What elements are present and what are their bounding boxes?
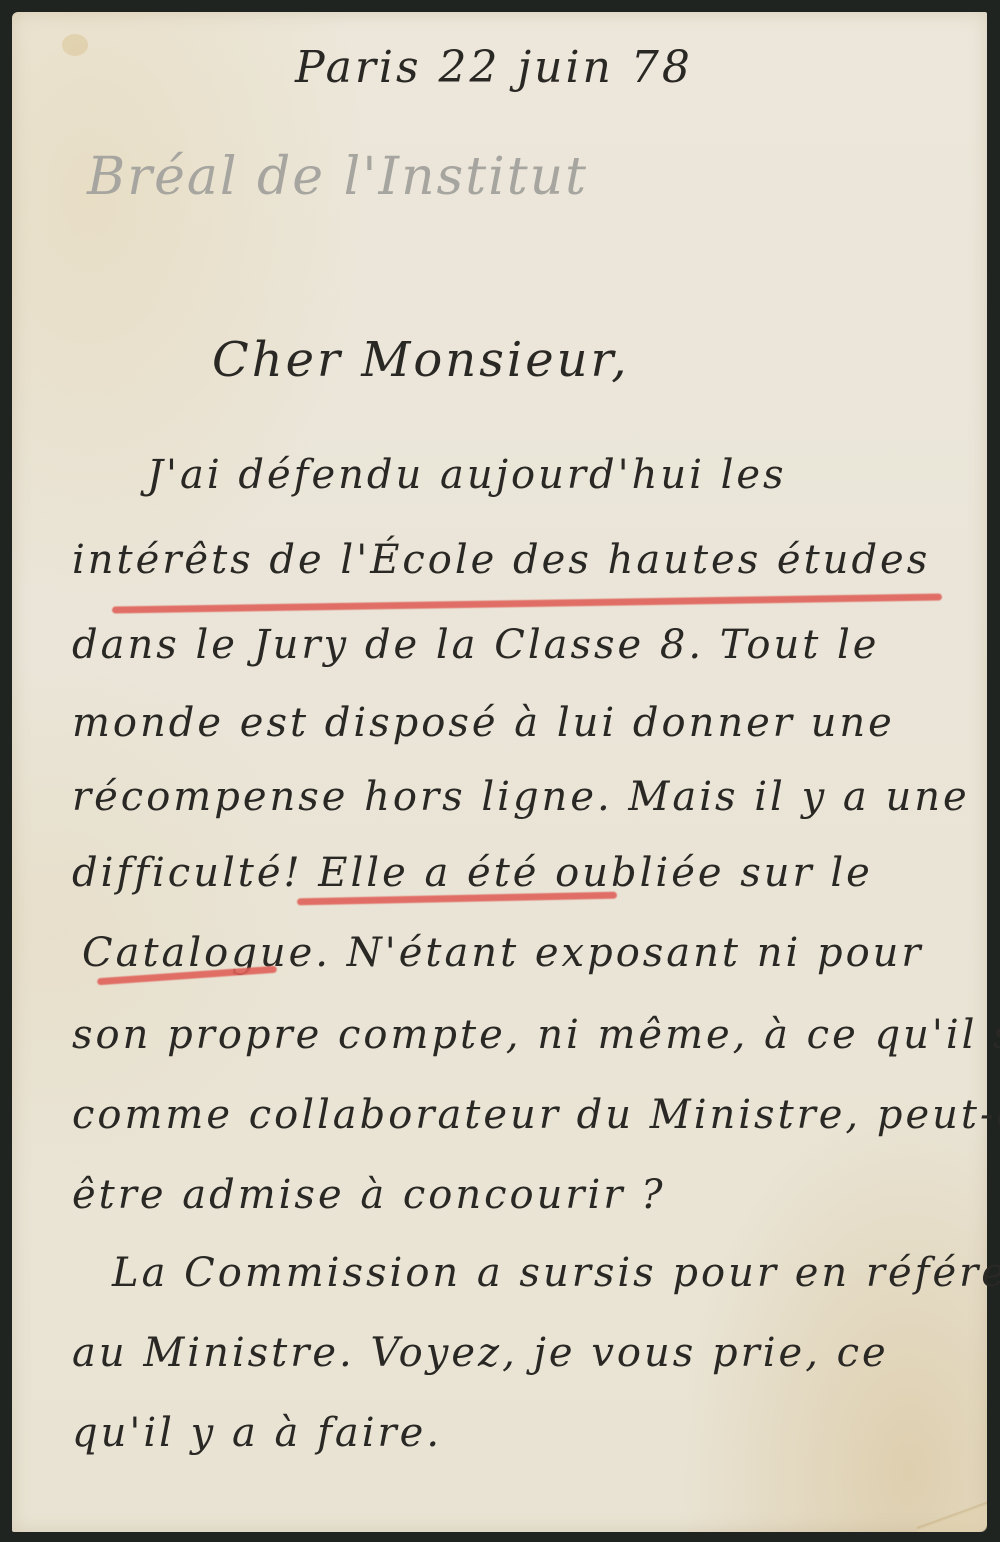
body-line-4: monde est disposé à lui donner une: [72, 700, 895, 746]
folded-corner: [917, 1498, 987, 1532]
pencil-annotation: Bréal de l'Institut: [87, 147, 588, 207]
paper-stain: [62, 34, 88, 56]
body-line-5: récompense hors ligne. Mais il y a une: [72, 774, 970, 820]
body-line-9: comme collaborateur du Ministre, peut-el…: [72, 1092, 1000, 1138]
letter-page: Paris 22 juin 78 Bréal de l'Institut Che…: [12, 12, 987, 1532]
body-line-8: son propre compte, ni même, à ce qu'il s…: [72, 1012, 1000, 1058]
body-line-6: difficulté! Elle a été oubliée sur le: [72, 850, 873, 896]
body-line-2: intérêts de l'École des hautes études: [72, 537, 930, 583]
body-line-3: dans le Jury de la Classe 8. Tout le: [72, 622, 879, 668]
body-line-13: qu'il y a à faire.: [72, 1410, 442, 1456]
body-line-11: La Commission a sursis pour en référer: [112, 1250, 1000, 1296]
body-line-12: au Ministre. Voyez, je vous prie, ce: [72, 1330, 889, 1376]
red-underline-1: [112, 593, 942, 613]
body-line-1: J'ai défendu aujourd'hui les: [147, 452, 787, 498]
salutation: Cher Monsieur,: [212, 332, 629, 388]
body-line-10: être admise à concourir ?: [72, 1172, 666, 1218]
body-line-7: Catalogue. N'étant exposant ni pour: [82, 930, 924, 976]
dateline: Paris 22 juin 78: [295, 42, 693, 93]
